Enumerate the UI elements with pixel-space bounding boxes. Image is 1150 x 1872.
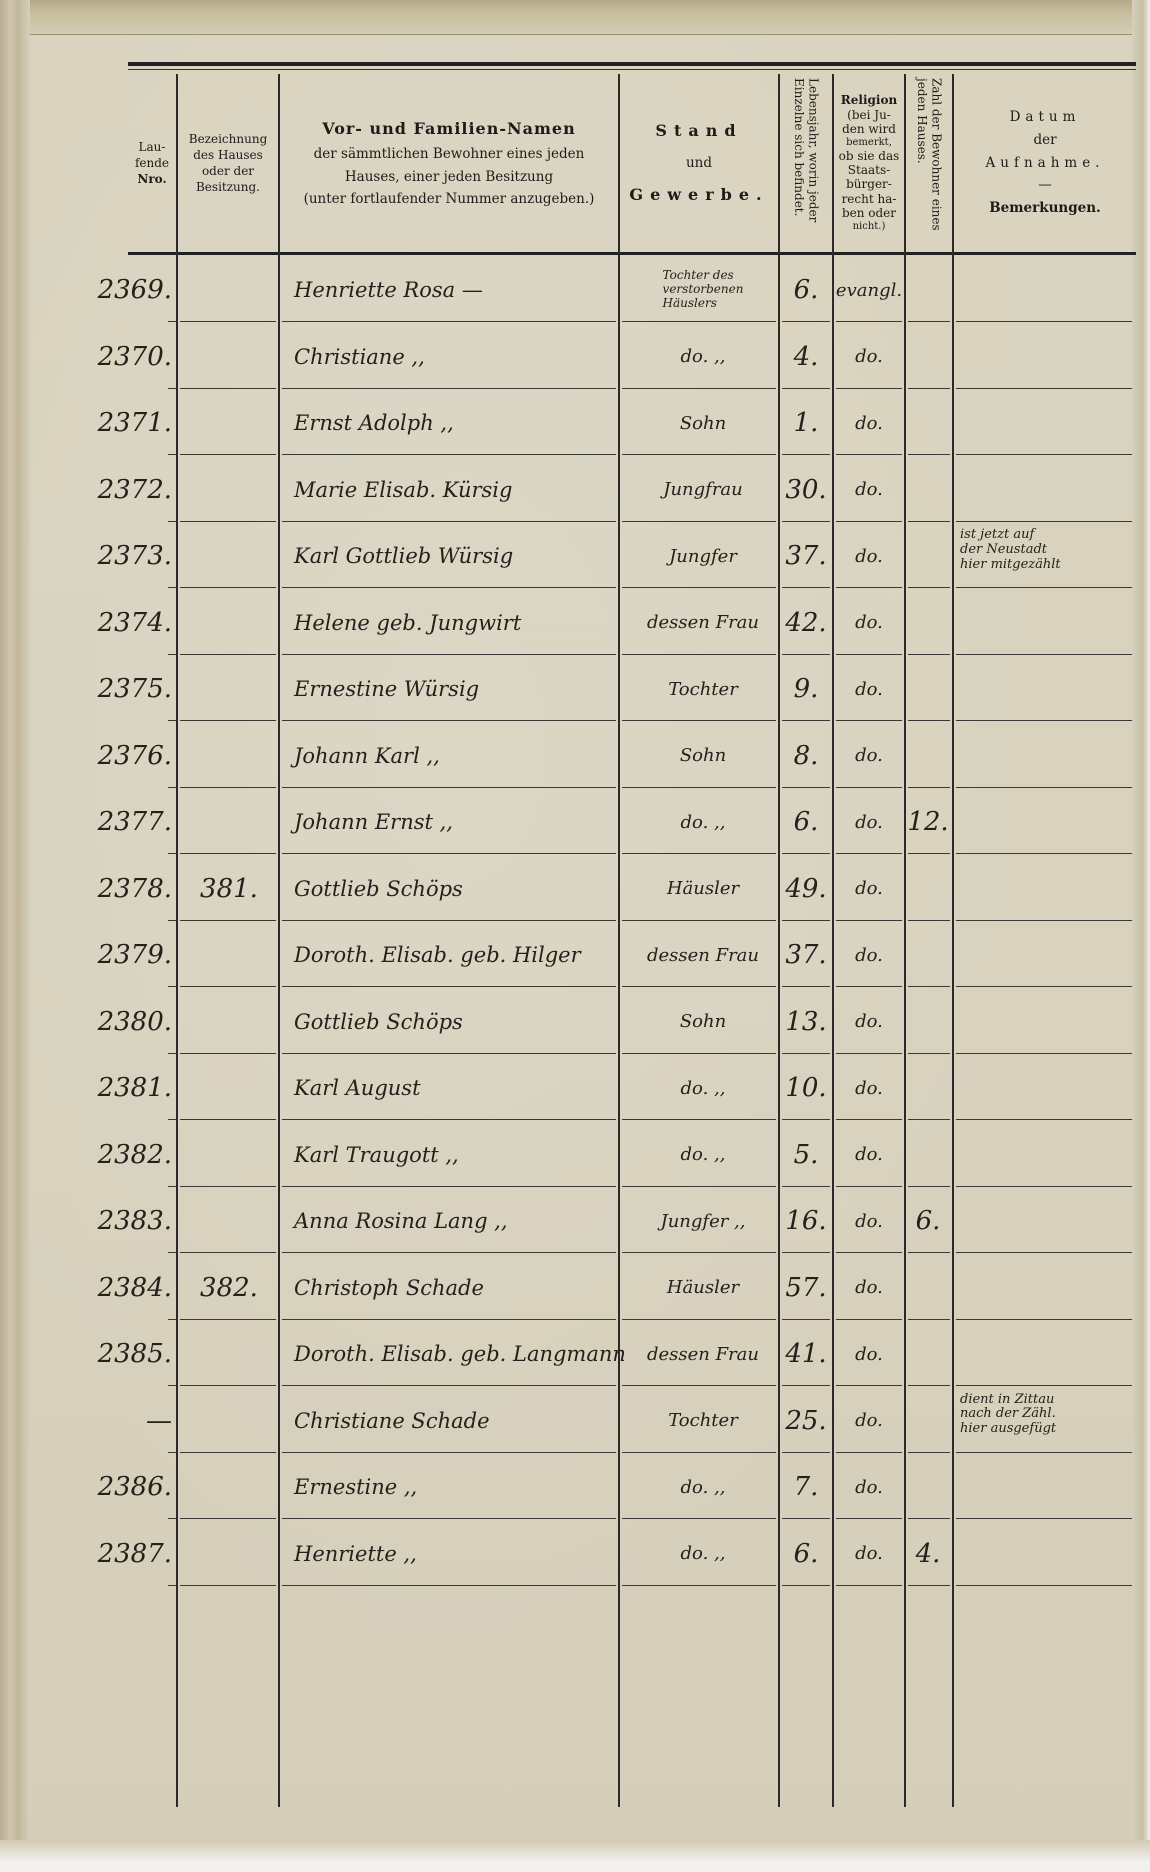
- resident-name: Christiane ,,: [288, 331, 624, 383]
- religion: do.: [834, 597, 904, 649]
- resident-name: Ernst Adolph ,,: [288, 397, 624, 449]
- age: 49.: [780, 863, 832, 915]
- resident-count: [906, 1395, 950, 1447]
- header-names: Vor- und Familien-Namen der sämmtlichen …: [280, 76, 618, 250]
- resident-count: [906, 464, 950, 516]
- house-number: [180, 996, 278, 1048]
- age: 30.: [780, 464, 832, 516]
- header-text: den wird: [842, 122, 896, 136]
- resident-name: Helene geb. Jungwirt: [288, 597, 624, 649]
- table-row: 2369.Henriette Rosa —Tochter des verstor…: [128, 256, 1136, 322]
- row-rule: [908, 1585, 950, 1586]
- age: 1.: [780, 397, 832, 449]
- remark: [954, 661, 1140, 713]
- age: 6.: [780, 264, 832, 316]
- remark: [954, 1526, 1140, 1578]
- religion: do.: [834, 1129, 904, 1181]
- header-text: Staats-: [848, 163, 890, 177]
- header-text: der sämmtlichen Bewohner eines jeden: [314, 145, 585, 163]
- remark: [954, 595, 1140, 647]
- remark: [954, 994, 1140, 1046]
- resident-name: Christoph Schade: [288, 1262, 624, 1314]
- resident-name: Henriette ,,: [288, 1528, 624, 1580]
- row-rule: [782, 1585, 830, 1586]
- table-row: 2379.Doroth. Elisab. geb. Hilgerdessen F…: [128, 921, 1136, 987]
- house-number: [180, 1062, 278, 1114]
- header-running-number: Lau- fende Nro.: [128, 76, 176, 250]
- age: 4.: [780, 331, 832, 383]
- page-stack-top-edge: [0, 0, 1150, 35]
- header-title: Vor- und Familien-Namen: [322, 118, 575, 140]
- table-row: 2371.Ernst Adolph ,,Sohn1.do.: [128, 389, 1136, 455]
- row-number: 2376.: [60, 730, 172, 782]
- house-number: [180, 730, 278, 782]
- resident-count: [906, 331, 950, 383]
- house-number: 382.: [180, 1262, 278, 1314]
- header-religion: Religion (bei Ju- den wird bemerkt, ob s…: [834, 76, 904, 250]
- header-text: Religion: [841, 93, 897, 107]
- remark: [954, 462, 1140, 514]
- age: 57.: [780, 1262, 832, 1314]
- status-occupation: Häusler: [628, 1262, 778, 1314]
- header-text: fende: [135, 155, 169, 171]
- status-occupation: Jungfer ,,: [628, 1195, 778, 1247]
- status-occupation: Tochter: [628, 663, 778, 715]
- age: 7.: [780, 1461, 832, 1513]
- remark: [954, 927, 1140, 979]
- status-occupation: do. ,,: [628, 796, 778, 848]
- remark: [954, 861, 1140, 913]
- table-row: 2387.Henriette ,,do. ,,6.do.4.: [128, 1520, 1136, 1586]
- table-row: 2374.Helene geb. Jungwirtdessen Frau42.d…: [128, 589, 1136, 655]
- resident-count: [906, 996, 950, 1048]
- table-row: 2382.Karl Traugott ,,do. ,,5.do.: [128, 1121, 1136, 1187]
- remark: [954, 794, 1140, 846]
- header-text: —: [1038, 174, 1052, 197]
- row-number: 2374.: [60, 597, 172, 649]
- table-row: 2377.Johann Ernst ,,do. ,,6.do.12.: [128, 788, 1136, 854]
- row-number: 2373.: [60, 530, 172, 582]
- status-occupation: Jungfrau: [628, 464, 778, 516]
- status-occupation: Tochter des verstorbenen Häuslers: [628, 264, 778, 316]
- resident-count: [906, 530, 950, 582]
- document-page: Lau- fende Nro. Bezeichnung des Hauses o…: [0, 0, 1150, 1872]
- page-bottom-edge: [0, 1840, 1150, 1872]
- house-number: [180, 597, 278, 649]
- age: 6.: [780, 796, 832, 848]
- header-text: recht ha-: [842, 192, 897, 206]
- header-text: Bezeichnung: [189, 131, 268, 147]
- resident-name: Johann Ernst ,,: [288, 796, 624, 848]
- age: 8.: [780, 730, 832, 782]
- row-number: 2382.: [60, 1129, 172, 1181]
- house-number: [180, 1195, 278, 1247]
- status-occupation: do. ,,: [628, 1461, 778, 1513]
- table-row: 2381.Karl Augustdo. ,,10.do.: [128, 1054, 1136, 1120]
- religion: do.: [834, 796, 904, 848]
- header-text: bürger-: [846, 177, 892, 191]
- age: 6.: [780, 1528, 832, 1580]
- row-number: 2378.: [60, 863, 172, 915]
- age: 5.: [780, 1129, 832, 1181]
- age: 41.: [780, 1328, 832, 1380]
- religion: do.: [834, 530, 904, 582]
- religion: do.: [834, 331, 904, 383]
- remark: [954, 1260, 1140, 1312]
- row-rule: [168, 1585, 176, 1586]
- row-rule: [622, 1585, 776, 1586]
- table-row: 2376.Johann Karl ,,Sohn8.do.: [128, 722, 1136, 788]
- house-number: [180, 1528, 278, 1580]
- row-rule: [956, 1585, 1132, 1586]
- house-number: [180, 796, 278, 848]
- status-occupation: do. ,,: [628, 1129, 778, 1181]
- status-occupation: do. ,,: [628, 1062, 778, 1114]
- resident-count: [906, 663, 950, 715]
- row-number: 2375.: [60, 663, 172, 715]
- table-top-rule-thin: [128, 69, 1136, 70]
- table-row: 2372.Marie Elisab. KürsigJungfrau30.do.: [128, 456, 1136, 522]
- header-text: Datum: [1010, 106, 1081, 129]
- row-number: 2381.: [60, 1062, 172, 1114]
- table-top-rule: [128, 62, 1136, 66]
- resident-name: Doroth. Elisab. geb. Langmann: [288, 1328, 624, 1380]
- header-text: (bei Ju-: [847, 108, 891, 122]
- status-occupation: Sohn: [628, 397, 778, 449]
- resident-count: [906, 1461, 950, 1513]
- resident-name: Johann Karl ,,: [288, 730, 624, 782]
- table-row: 2380.Gottlieb SchöpsSohn13.do.: [128, 988, 1136, 1054]
- status-occupation: dessen Frau: [628, 929, 778, 981]
- house-number: [180, 464, 278, 516]
- religion: evangl.: [834, 264, 904, 316]
- status-occupation: dessen Frau: [628, 597, 778, 649]
- age: 9.: [780, 663, 832, 715]
- resident-name: Doroth. Elisab. geb. Hilger: [288, 929, 624, 981]
- resident-count: [906, 397, 950, 449]
- religion: do.: [834, 464, 904, 516]
- age: 13.: [780, 996, 832, 1048]
- row-rule: [282, 1585, 616, 1586]
- religion: do.: [834, 863, 904, 915]
- religion: do.: [834, 996, 904, 1048]
- resident-count: 12.: [906, 796, 950, 848]
- header-text: nicht.): [853, 221, 886, 233]
- row-number: 2385.: [60, 1328, 172, 1380]
- house-number: [180, 929, 278, 981]
- house-number: [180, 1328, 278, 1380]
- status-occupation: Häusler: [628, 863, 778, 915]
- row-number: 2383.: [60, 1195, 172, 1247]
- remark: [954, 395, 1140, 447]
- resident-name: Marie Elisab. Kürsig: [288, 464, 624, 516]
- header-text: oder der: [202, 163, 254, 179]
- row-number: 2371.: [60, 397, 172, 449]
- header-text: Lau-: [139, 139, 166, 155]
- header-text: Hauses, einer jeden Besitzung: [345, 168, 553, 186]
- religion: do.: [834, 1328, 904, 1380]
- header-house-designation: Bezeichnung des Hauses oder der Besitzun…: [178, 76, 278, 250]
- house-number: [180, 1129, 278, 1181]
- table-row: 2386.Ernestine ,,do. ,,7.do.: [128, 1453, 1136, 1519]
- remark: [954, 1326, 1140, 1378]
- header-text: Zahl der Bewohner eines jeden Hauses.: [915, 78, 944, 248]
- religion: do.: [834, 929, 904, 981]
- resident-name: Karl Traugott ,,: [288, 1129, 624, 1181]
- header-text: Gewerbe.: [629, 184, 768, 206]
- house-number: [180, 1395, 278, 1447]
- status-occupation: do. ,,: [628, 1528, 778, 1580]
- header-text: Lebensjahr, worin jeder Einzelne sich be…: [792, 78, 821, 248]
- status-occupation: Jungfer: [628, 530, 778, 582]
- table-row: —Christiane SchadeTochter25.do.dient in …: [128, 1387, 1136, 1453]
- header-text: Aufnahme.: [986, 152, 1105, 175]
- remark: [954, 728, 1140, 780]
- house-number: 381.: [180, 863, 278, 915]
- house-number: [180, 663, 278, 715]
- house-number: [180, 264, 278, 316]
- remark: [954, 329, 1140, 381]
- header-resident-count: Zahl der Bewohner eines jeden Hauses.: [906, 76, 952, 250]
- table-row: 2378.381.Gottlieb SchöpsHäusler49.do.: [128, 855, 1136, 921]
- remark: dient in Zittau nach der Zähl. hier ausg…: [954, 1393, 1140, 1445]
- row-number: 2369.: [60, 264, 172, 316]
- status-occupation: dessen Frau: [628, 1328, 778, 1380]
- resident-name: Christiane Schade: [288, 1395, 624, 1447]
- resident-count: [906, 1062, 950, 1114]
- resident-name: Gottlieb Schöps: [288, 863, 624, 915]
- remark: [954, 1127, 1140, 1179]
- row-number: 2387.: [60, 1528, 172, 1580]
- page-stack-left-edge: [0, 0, 30, 1872]
- religion: do.: [834, 1062, 904, 1114]
- header-text: (unter fortlaufender Nummer anzugeben.): [304, 190, 595, 208]
- remark: [954, 1459, 1140, 1511]
- header-text: der: [1033, 129, 1056, 152]
- house-number: [180, 397, 278, 449]
- resident-count: [906, 1262, 950, 1314]
- religion: do.: [834, 1262, 904, 1314]
- religion: do.: [834, 1395, 904, 1447]
- remark: [954, 262, 1140, 314]
- row-number: 2380.: [60, 996, 172, 1048]
- table-row: 2385.Doroth. Elisab. geb. Langmanndessen…: [128, 1320, 1136, 1386]
- status-occupation: do. ,,: [628, 331, 778, 383]
- religion: do.: [834, 1528, 904, 1580]
- header-text: Besitzung.: [196, 179, 260, 195]
- header-text: Stand: [655, 120, 742, 142]
- census-table: Lau- fende Nro. Bezeichnung des Hauses o…: [128, 62, 1136, 1807]
- header-text: ob sie das: [839, 149, 900, 163]
- age: 42.: [780, 597, 832, 649]
- house-number: [180, 530, 278, 582]
- row-rule: [180, 1585, 276, 1586]
- resident-count: [906, 1328, 950, 1380]
- resident-count: [906, 264, 950, 316]
- row-rule: [836, 1585, 902, 1586]
- status-occupation: Sohn: [628, 730, 778, 782]
- resident-name: Henriette Rosa —: [288, 264, 624, 316]
- age: 25.: [780, 1395, 832, 1447]
- header-text: ben oder: [842, 206, 896, 220]
- resident-count: [906, 597, 950, 649]
- remark: ist jetzt auf der Neustadt hier mitgezäh…: [954, 528, 1140, 580]
- row-number: 2379.: [60, 929, 172, 981]
- resident-name: Ernestine ,,: [288, 1461, 624, 1513]
- header-text: bemerkt,: [846, 137, 892, 149]
- resident-count: 4.: [906, 1528, 950, 1580]
- resident-count: [906, 863, 950, 915]
- remark: [954, 1193, 1140, 1245]
- resident-count: [906, 929, 950, 981]
- table-row: 2373.Karl Gottlieb WürsigJungfer37.do.is…: [128, 522, 1136, 588]
- header-age: Lebensjahr, worin jeder Einzelne sich be…: [780, 76, 832, 250]
- age: 37.: [780, 929, 832, 981]
- resident-name: Ernestine Würsig: [288, 663, 624, 715]
- row-number: 2372.: [60, 464, 172, 516]
- religion: do.: [834, 663, 904, 715]
- house-number: [180, 1461, 278, 1513]
- table-row: 2383.Anna Rosina Lang ,,Jungfer ,,16.do.…: [128, 1187, 1136, 1253]
- age: 10.: [780, 1062, 832, 1114]
- header-status-occupation: Stand und Gewerbe.: [620, 76, 778, 250]
- religion: do.: [834, 1461, 904, 1513]
- table-row: 2370.Christiane ,,do. ,,4.do.: [128, 323, 1136, 389]
- status-occupation: Tochter: [628, 1395, 778, 1447]
- resident-name: Karl Gottlieb Würsig: [288, 530, 624, 582]
- table-row: 2375.Ernestine WürsigTochter9.do.: [128, 655, 1136, 721]
- header-text: des Hauses: [193, 147, 263, 163]
- house-number: [180, 331, 278, 383]
- resident-name: Karl August: [288, 1062, 624, 1114]
- resident-count: [906, 730, 950, 782]
- row-number: —: [60, 1395, 172, 1447]
- row-number: 2377.: [60, 796, 172, 848]
- resident-count: 6.: [906, 1195, 950, 1247]
- religion: do.: [834, 730, 904, 782]
- age: 16.: [780, 1195, 832, 1247]
- resident-count: [906, 1129, 950, 1181]
- remark: [954, 1060, 1140, 1112]
- header-text: und: [686, 154, 712, 172]
- status-occupation: Sohn: [628, 996, 778, 1048]
- religion: do.: [834, 397, 904, 449]
- resident-name: Gottlieb Schöps: [288, 996, 624, 1048]
- row-number: 2384.: [60, 1262, 172, 1314]
- header-text: Bemerkungen.: [989, 197, 1101, 220]
- row-number: 2386.: [60, 1461, 172, 1513]
- table-row: 2384.382.Christoph SchadeHäusler57.do.: [128, 1254, 1136, 1320]
- header-text: Nro.: [137, 171, 166, 187]
- resident-name: Anna Rosina Lang ,,: [288, 1195, 624, 1247]
- header-date-remarks: Datum der Aufnahme. — Bemerkungen.: [954, 76, 1136, 250]
- row-number: 2370.: [60, 331, 172, 383]
- age: 37.: [780, 530, 832, 582]
- religion: do.: [834, 1195, 904, 1247]
